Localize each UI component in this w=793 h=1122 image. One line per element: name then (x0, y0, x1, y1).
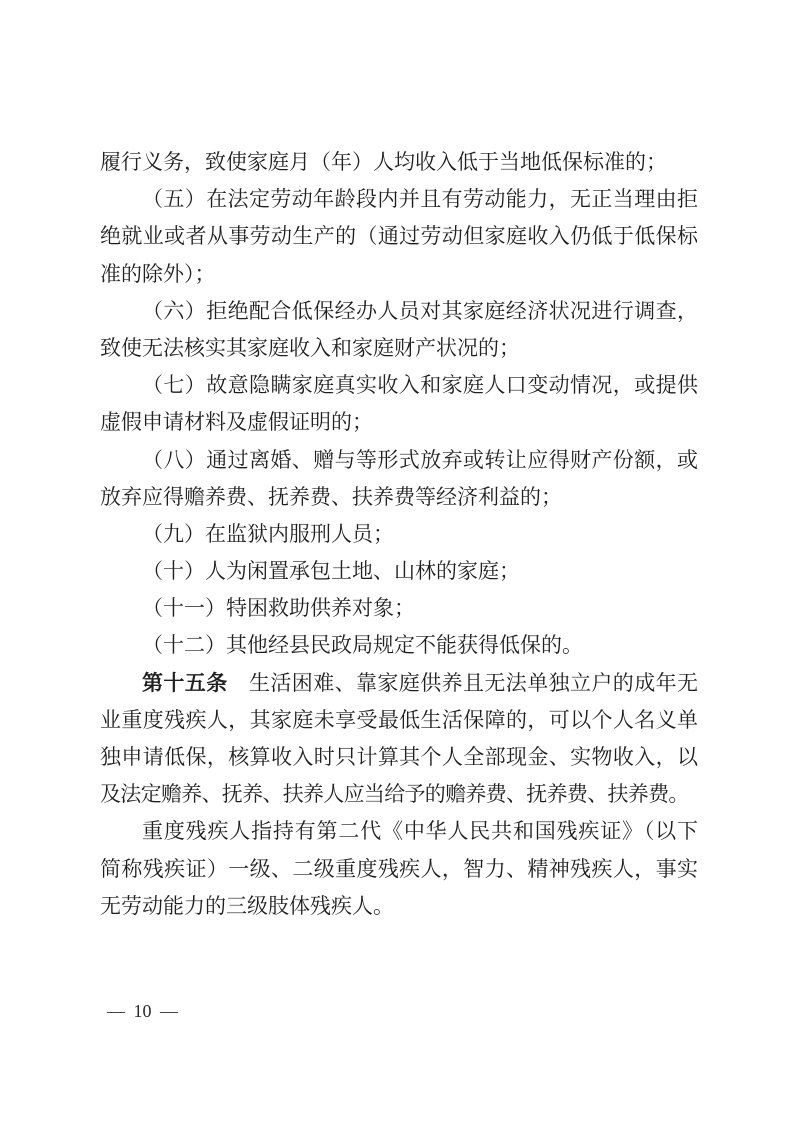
text-line: 简称残疾证）一级、二级重度残疾人，智力、精神残疾人，事实 (100, 851, 698, 888)
text-line: 绝就业或者从事劳动生产的（通过劳动但家庭收入仍低于低保标 (100, 218, 698, 255)
document-page: 履行义务，致使家庭月（年）人均收入低于当地低保标准的； （五）在法定劳动年龄段内… (0, 0, 793, 1122)
text-line: 及法定赡养、抚养、扶养人应当给予的赡养费、抚养费、扶养费。 (100, 776, 698, 813)
article-text: 生活困难、靠家庭供养且无法单独立户的成年无 (228, 671, 698, 695)
text-line: 独申请低保，核算收入时只计算其个人全部现金、实物收入，以 (100, 739, 698, 776)
text-line: 放弃应得赡养费、抚养费、扶养费等经济利益的； (100, 479, 698, 516)
text-line: （八）通过离婚、赠与等形式放弃或转让应得财产份额，或 (100, 442, 698, 479)
text-line: 虚假申请材料及虚假证明的； (100, 404, 698, 441)
text-line: 无劳动能力的三级肢体残疾人。 (100, 888, 698, 925)
text-line: 重度残疾人指持有第二代《中华人民共和国残疾证》（以下 (100, 813, 698, 850)
article-number-label: 第十五条 (142, 671, 228, 695)
text-line: （十一）特困救助供养对象； (100, 590, 698, 627)
text-line: （十）人为闲置承包土地、山林的家庭； (100, 553, 698, 590)
text-line: 致使无法核实其家庭收入和家庭财产状况的； (100, 330, 698, 367)
text-line: （十二）其他经县民政局规定不能获得低保的。 (100, 627, 698, 664)
text-line: 准的除外）； (100, 256, 698, 293)
body-text: 履行义务，致使家庭月（年）人均收入低于当地低保标准的； （五）在法定劳动年龄段内… (100, 144, 698, 925)
text-line: （六）拒绝配合低保经办人员对其家庭经济状况进行调查， (100, 293, 698, 330)
text-line: （七）故意隐瞒家庭真实收入和家庭人口变动情况，或提供 (100, 367, 698, 404)
text-line: （五）在法定劳动年龄段内并且有劳动能力，无正当理由拒 (100, 181, 698, 218)
page-number: — 10 — (107, 1000, 178, 1022)
text-line: 履行义务，致使家庭月（年）人均收入低于当地低保标准的； (100, 144, 698, 181)
text-line-article-15: 第十五条 生活困难、靠家庭供养且无法单独立户的成年无 (100, 665, 698, 702)
text-line: （九）在监狱内服刑人员； (100, 516, 698, 553)
text-line: 业重度残疾人，其家庭未享受最低生活保障的，可以个人名义单 (100, 702, 698, 739)
